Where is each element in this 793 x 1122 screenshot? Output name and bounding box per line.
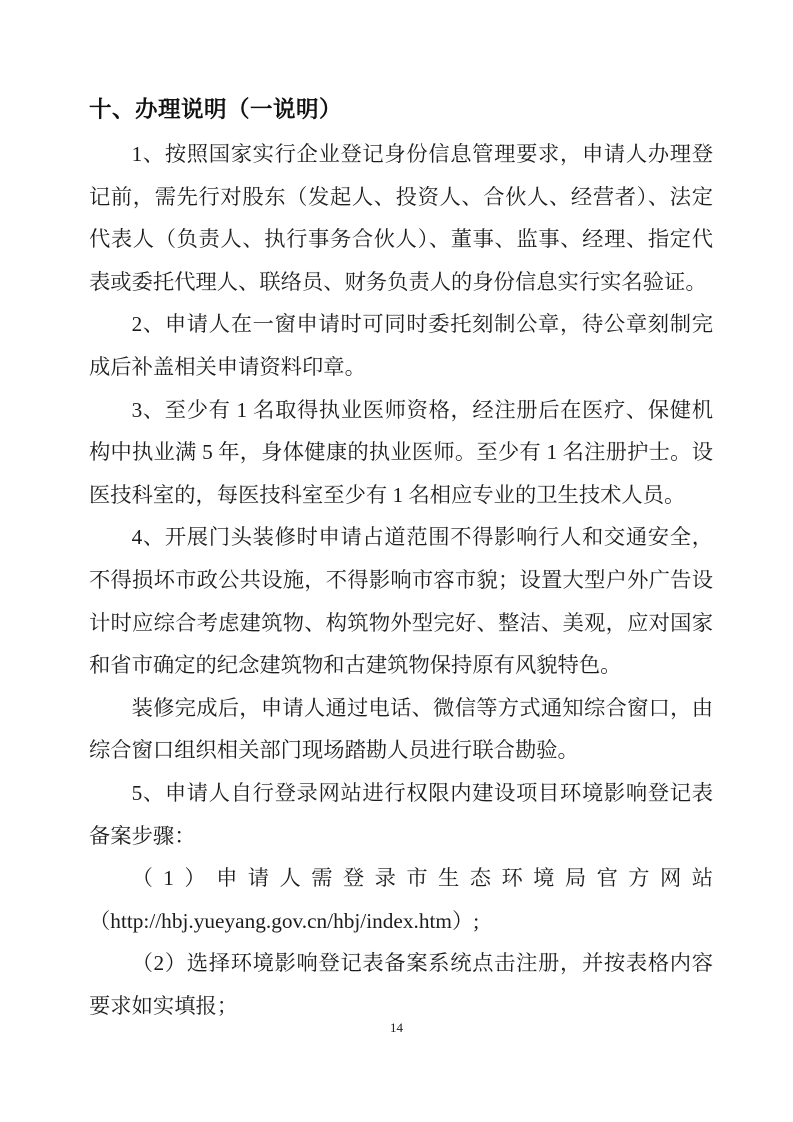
body-line: 综合窗口组织相关部门现场踏勘人员进行联合勘验。: [89, 729, 713, 772]
body-line: 构中执业满 5 年，身体健康的执业医师。至少有 1 名注册护士。设: [89, 431, 713, 474]
document-body: 十、办理说明（一说明） 1、按照国家实行企业登记身份信息管理要求，申请人办理登 …: [89, 86, 713, 1027]
document-page: 十、办理说明（一说明） 1、按照国家实行企业登记身份信息管理要求，申请人办理登 …: [0, 0, 793, 1122]
body-line: 和省市确定的纪念建筑物和古建筑物保持原有风貌特色。: [89, 644, 713, 687]
body-line: 记前，需先行对股东（发起人、投资人、合伙人、经营者）、法定: [89, 176, 713, 219]
body-line: 1、按照国家实行企业登记身份信息管理要求，申请人办理登: [89, 133, 713, 176]
body-line: 不得损坏市政公共设施，不得影响市容市貌；设置大型户外广告设: [89, 559, 713, 602]
body-line: 4、开展门头装修时申请占道范围不得影响行人和交通安全，: [89, 516, 713, 559]
body-line: 医技科室的，每医技科室至少有 1 名相应专业的卫生技术人员。: [89, 474, 713, 517]
document-url-line: （http://hbj.yueyang.gov.cn/hbj/index.htm…: [89, 900, 713, 943]
body-line: 成后补盖相关申请资料印章。: [89, 346, 713, 389]
section-heading: 十、办理说明（一说明）: [89, 86, 713, 133]
body-line: 备案步骤：: [89, 815, 713, 858]
body-line: 5、申请人自行登录网站进行权限内建设项目环境影响登记表: [89, 772, 713, 815]
body-line: 装修完成后，申请人通过电话、微信等方式通知综合窗口，由: [89, 687, 713, 730]
body-line: 代表人（负责人、执行事务合伙人）、董事、监事、经理、指定代: [89, 218, 713, 261]
body-line: 表或委托代理人、联络员、财务负责人的身份信息实行实名验证。: [89, 261, 713, 304]
body-line: 2、申请人在一窗申请时可同时委托刻制公章，待公章刻制完: [89, 303, 713, 346]
page-number: 14: [0, 1020, 793, 1036]
body-line: 3、至少有 1 名取得执业医师资格，经注册后在医疗、保健机: [89, 389, 713, 432]
body-line: 计时应综合考虑建筑物、构筑物外型完好、整洁、美观，应对国家: [89, 602, 713, 645]
body-line: （1）申请人需登录市生态环境局官方网站: [89, 857, 713, 900]
body-line: （2）选择环境影响登记表备案系统点击注册，并按表格内容: [89, 942, 713, 985]
